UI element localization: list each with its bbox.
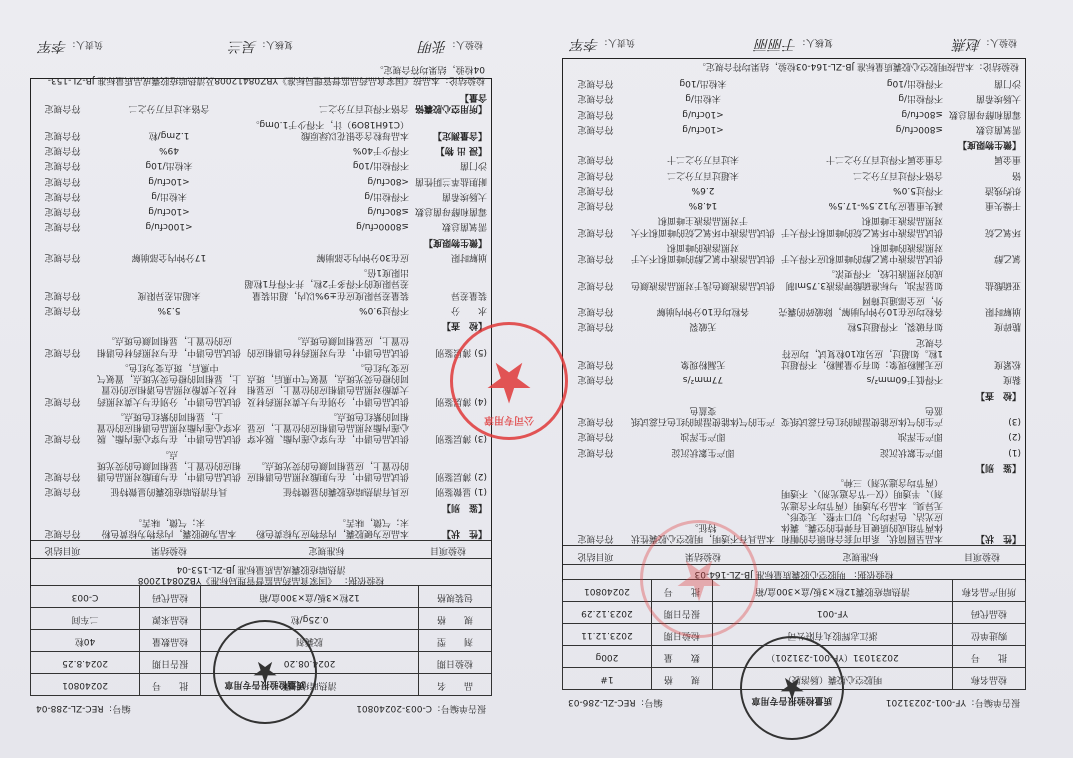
item-conclusion: 符合规定 — [563, 320, 628, 331]
signatures: 检验人：赵燕 复核人：于丽丽 负责人：李军 — [563, 26, 1025, 56]
test-item: 【鉴 别】 — [943, 461, 1025, 472]
info-value: 二车间 — [31, 608, 140, 630]
table-row: 【含量测定】本品每粒含金银花以绿原酸（C16H18O9）计，不得少于1.0mg。… — [31, 116, 491, 143]
test-item: 重金属 — [943, 153, 1025, 164]
column-header: 检验项目 — [943, 550, 1025, 561]
info-value: 2024.8.25 — [31, 652, 140, 674]
info-label: 数 量 — [651, 646, 712, 668]
test-item: 亚硫酸盐 — [943, 279, 1025, 290]
table-row: 松紧度应无漏粉现象；如有少量漏粉，不得超过1粒。如超过，应另取10粒复试，均应符… — [563, 334, 1025, 372]
standard: 供试品色谱中，在与对照药材色谱相应的位置上，应显相同颜色斑点。 — [244, 334, 409, 357]
standard: 应无漏粉现象；如有少量漏粉，不得超过1粒。如超过，应另取10粒复试，均应符合规定 — [778, 336, 943, 370]
result: 供试品色谱中，在与对照药材色谱相应的位置上，显相同颜色斑点。 — [94, 334, 244, 357]
qc-seal-left: 质量检验报告专用章 ★ — [213, 620, 317, 724]
scanned-page: 报告单编号：C-003-20240801 编号：REC-ZL-288-04 品 … — [0, 0, 1073, 758]
result: 1.2mg/粒 — [94, 129, 244, 140]
info-value: C-003 — [31, 586, 140, 608]
item-conclusion: 符合规定 — [563, 358, 628, 369]
item-conclusion: 符合规定 — [31, 190, 94, 201]
test-item: 【性 状】 — [943, 532, 1025, 543]
item-conclusion: 符合规定 — [31, 144, 94, 155]
table-row: 炽灼残渣不得过5.0%2.6%符合规定 — [563, 182, 1025, 197]
item-conclusion: 符合规定 — [31, 470, 94, 481]
column-header: 检验项目 — [409, 544, 491, 555]
item-conclusion: 符合规定 — [563, 92, 628, 103]
table-row: 铬含铬不得过百万分之二未超过百万分之二符合规定 — [563, 167, 1025, 182]
result: 未检出/10g — [94, 159, 244, 170]
result: 无漏粉现象 — [628, 358, 778, 369]
item-conclusion: 符合规定 — [563, 108, 628, 119]
table-row: 【鉴 别】 — [563, 459, 1025, 474]
table-row: 【性 状】本品呈圆筒状，系由可套合和锁合的帽和体两节组成的质硬且有弹性的空囊。囊… — [563, 474, 1025, 546]
result: 未超出差异限度 — [94, 289, 244, 300]
star-icon: ★ — [484, 353, 534, 409]
info-value: 20240801 — [563, 580, 652, 602]
standard: 即产生浑浊 — [778, 430, 943, 441]
signer-inspector: 检验人：张明 — [419, 37, 483, 55]
table-row: 亚硫酸盐如显浑浊，与标准硫酸钾溶液3.75ml制成的对照液比较，不得更浓。供试品… — [563, 265, 1025, 292]
standard: 供试品溶液中氯乙醇的峰面积应不得大于对照溶液的峰面积 — [778, 241, 943, 264]
standard: ≤80cfu/g — [244, 205, 409, 216]
item-conclusion: 符合规定 — [563, 153, 628, 164]
info-value: 2023.12.29 — [563, 602, 652, 624]
info-label: 规 格 — [419, 608, 492, 630]
standard: 含重金属不得过百万分之二十 — [778, 153, 943, 164]
test-item: 崩解时限 — [409, 251, 491, 262]
test-item: 【含量测定】 — [409, 129, 491, 140]
table-row: 耐胆盐革兰阴性菌<80cfu/g<10cfu/g符合规定 — [31, 173, 491, 188]
test-item: 【检 查】 — [409, 319, 491, 330]
test-item: 大肠埃希菌 — [943, 92, 1025, 103]
qc-seal-right: 质量检验报告专用章 ★ — [740, 636, 844, 740]
info-label: 检品名称 — [953, 668, 1026, 690]
info-label: 检品代码 — [140, 586, 201, 608]
standard: 不得检出/10g — [244, 159, 409, 170]
result: 5.3% — [94, 304, 244, 315]
table-row: 环氧乙烷供试品溶液中环氧乙烷的峰面积不得大于对照品溶液主峰面积供试品溶液中环氧乙… — [563, 212, 1025, 239]
company-seal-faint: ★ — [640, 520, 758, 638]
item-conclusion: 符合规定 — [31, 205, 94, 216]
column-header: 项目结论 — [563, 550, 628, 561]
table-row: 【检 查】 — [31, 317, 491, 332]
item-conclusion: 符合规定 — [563, 305, 628, 316]
item-conclusion: 符合规定 — [563, 446, 628, 457]
standard: 本品呈圆筒状，系由可套合和锁合的帽和体两节组成的质硬且有弹性的空囊。囊体应光洁、… — [778, 476, 943, 544]
table-row: 脆碎度如有破裂，不得超过5粒无破裂符合规定 — [563, 318, 1025, 333]
table-row: 【性 状】本品应为硬胶囊，内容物应为棕黄色粉末；气微，味苦。本品为硬胶囊，内容物… — [31, 514, 491, 541]
standard: 供试品色谱中，在与胆酸对照品色谱相应的位置上，应显相同颜色的荧光斑点。 — [244, 459, 409, 482]
test-item: 【检 查】 — [943, 389, 1025, 400]
column-header: 检验结果 — [94, 544, 244, 555]
result: 77mm²/s — [628, 373, 778, 384]
info-value: 40粒 — [31, 630, 140, 652]
test-item: 霉菌和酵母菌总数 — [409, 205, 491, 216]
table-row: 水 分不得过9.0%5.3%符合规定 — [31, 302, 491, 317]
inspection-basis: 检验依据： 《国家食品药品监督管理局标准》YBZ08412008 清热暗疮胶囊成… — [31, 559, 491, 589]
table-row: (2)即产生浑浊即产生浑浊符合规定 — [563, 428, 1025, 443]
standard: 不得低于60mm²/s — [778, 373, 943, 384]
info-label: 包装规格 — [419, 586, 492, 608]
info-value: 20240801 — [31, 674, 140, 696]
table-row: 【浸 出 物】不得少于40%49%符合规定 — [31, 142, 491, 157]
standard: 应具有清热暗疮胶囊的显微特征 — [244, 485, 409, 496]
info-value: 1# — [563, 668, 652, 690]
company-seal-red: 公司专用章 ★ — [450, 322, 568, 440]
test-item: 氯乙醇 — [943, 252, 1025, 263]
standard: 不得检出/g — [244, 190, 409, 201]
standard: 不得过9.0% — [244, 304, 409, 315]
result: 即产生絮状沉淀 — [628, 446, 778, 457]
result: <10cfu/g — [628, 123, 778, 134]
standard: ≤800cfu/g — [778, 123, 943, 134]
item-conclusion: 符合规定 — [31, 129, 94, 140]
table-row: (3)产生的气体应能使湿润的红色石蕊试纸变蓝色产生的气体能使湿润的红色石蕊试纸变… — [563, 402, 1025, 429]
standard: 不得过5.0% — [778, 184, 943, 195]
item-conclusion: 符合规定 — [563, 199, 628, 210]
item-conclusion: 符合规定 — [31, 220, 94, 231]
test-item: 【微生物限度】 — [409, 236, 491, 247]
standard: ≤80cfu/g — [778, 108, 943, 119]
item-conclusion: 符合规定 — [31, 159, 94, 170]
test-item: 【微生物限度】 — [943, 138, 1025, 149]
result: 供试品溶液中环氧乙烷的峰面积不大于对照品溶液主峰面积 — [628, 214, 778, 237]
standard: 供试品色谱中，分别在与大黄对照药材及大黄酚对照品色谱相应的位置上，应显相同的橙色… — [244, 361, 409, 406]
table-row: 沙门菌不得检出/10g未检出/10g符合规定 — [31, 157, 491, 172]
info-label: 批 号 — [953, 646, 1026, 668]
item-conclusion: 符合规定 — [31, 289, 94, 300]
test-item: 【浸 出 物】 — [409, 144, 491, 155]
result: <10cfu/g — [94, 205, 244, 216]
standard: 应在30分钟内全部崩解 — [244, 251, 409, 262]
table-row: 霉菌和酵母菌总数≤80cfu/g<10cfu/g符合规定 — [563, 106, 1025, 121]
info-label: 检品代码 — [953, 602, 1026, 624]
info-label: 检品数量 — [140, 630, 201, 652]
test-item: 需氧菌总数 — [409, 220, 491, 231]
test-item: (1) 显微鉴别 — [409, 485, 491, 496]
info-label: 所用产品名称 — [953, 580, 1026, 602]
standard: 不得检出/g — [778, 92, 943, 103]
table-row: 崩解时限应在30分钟内全部崩解17分钟内全部崩解符合规定 — [31, 249, 491, 264]
standard: 如有破裂，不得超过5粒 — [778, 320, 943, 331]
report-number: 报告单编号：C-003-20240801 — [356, 701, 486, 712]
report-number: 报告单编号：YF-001-20231201 — [886, 695, 1020, 706]
item-conclusion: 符合规定 — [31, 432, 94, 443]
result: 未检出/10g — [628, 77, 778, 88]
info-value: 2023.12.11 — [563, 624, 652, 646]
results-table-header: 检验项目 标准规定 检验结果 项目结论 — [31, 540, 491, 558]
table-row: (2) 薄层鉴别供试品色谱中，在与胆酸对照品色谱相应的位置上，应显相同颜色的荧光… — [31, 446, 491, 484]
info-value: 200g — [563, 646, 652, 668]
standard: 供试品溶液中环氧乙烷的峰面积不得大于对照品溶液主峰面积 — [778, 214, 943, 237]
table-row: 需氧菌总数≤800cfu/g<10cfu/g符合规定 — [563, 121, 1025, 136]
column-header: 标准规定 — [244, 544, 409, 555]
standard: 本品应为硬胶囊，内容物应为棕黄色粉末；气微，味苦。 — [244, 516, 409, 539]
standard: 本品每粒含金银花以绿原酸（C16H18O9）计，不得少于1.0mg。 — [244, 118, 409, 141]
info-label: 品 名 — [419, 674, 492, 696]
item-conclusion: 符合规定 — [31, 395, 94, 406]
result: 各粒均在10分钟内崩解 — [628, 305, 778, 316]
table-row: 崩解时限各粒均应在10分钟内崩解，除破碎的囊壳外，应全部通过筛网各粒均在10分钟… — [563, 292, 1025, 319]
test-item: 【性 状】 — [409, 527, 491, 538]
test-item: 炽灼残渣 — [943, 184, 1025, 195]
table-row: 霉菌和酵母菌总数≤80cfu/g<10cfu/g符合规定 — [31, 203, 491, 218]
info-value: 12粒×3板/盒×300盒/箱 — [201, 586, 419, 608]
standard: 含铬不得过百万分之二 — [778, 169, 943, 180]
table-row: 装量差异装量差异限度应在±9%以内，超出装量差异限度的不得多于2粒，并不得有1粒… — [31, 264, 491, 302]
item-conclusion: 符合规定 — [563, 184, 628, 195]
column-header: 项目结论 — [31, 544, 94, 555]
item-conclusion: 符合规定 — [563, 123, 628, 134]
item-conclusion: 符合规定 — [31, 346, 94, 357]
item-conclusion: 符合规定 — [31, 102, 94, 113]
info-value: 0.25g/粒 — [201, 608, 419, 630]
test-conclusion: 检验结论：本品按《国家食品药品监督管理局标准》YBZ08412008及清热暗疮胶… — [31, 59, 491, 90]
item-conclusion: 符合规定 — [563, 226, 628, 237]
column-header: 标准规定 — [778, 550, 943, 561]
standard: <80cfu/g — [244, 175, 409, 186]
result: 17分钟内全部崩解 — [94, 251, 244, 262]
test-item: 铬 — [943, 169, 1025, 180]
test-item: 大肠埃希菌 — [409, 190, 491, 201]
item-conclusion: 符合规定 — [31, 251, 94, 262]
results-rows: 【性 状】本品应为硬胶囊，内容物应为棕黄色粉末；气微，味苦。本品为硬胶囊，内容物… — [31, 89, 491, 540]
test-conclusion: 检验结论：本品按明胶空心胶囊质量标准 JB-ZL-164-03检验，结果均符合规… — [563, 56, 1025, 75]
table-row: 【所用空心胶囊铬含量】含铬不得过百万分之二含铬未过百万分之二符合规定 — [31, 89, 491, 116]
info-label: 剂 型 — [419, 630, 492, 652]
test-item: 干燥失重 — [943, 199, 1025, 210]
standard: 如显浑浊，与标准硫酸钾溶液3.75ml制成的对照液比较，不得更浓。 — [778, 267, 943, 290]
info-label: 规 格 — [651, 668, 712, 690]
signer-reviewer: 复核人：于丽丽 — [755, 34, 833, 52]
info-row: 检品代码YF-001报告日期2023.12.29 — [563, 602, 1026, 624]
test-item: 脆碎度 — [943, 320, 1025, 331]
table-row: (3) 薄层鉴别供试品色谱中，在与穿心莲内酯、脱水穿心莲内酯对照品色谱相应的位置… — [31, 408, 491, 446]
result: 即产生浑浊 — [628, 430, 778, 441]
item-conclusion: 符合规定 — [563, 373, 628, 384]
info-label: 购进单位 — [953, 624, 1026, 646]
result: 供试品色谱中，在与胆酸对照品色谱相应的位置上，显相同颜色的荧光斑点。 — [94, 448, 244, 482]
item-conclusion: 符合规定 — [563, 252, 628, 263]
item-conclusion: 符合规定 — [31, 304, 94, 315]
test-item: 装量差异 — [409, 289, 491, 300]
table-row: 氯乙醇供试品溶液中氯乙醇的峰面积应不得大于对照溶液的峰面积供试品溶液中氯乙醇的峰… — [563, 239, 1025, 266]
table-row: (1)即产生絮状沉淀即产生絮状沉淀符合规定 — [563, 444, 1025, 459]
table-row: 【微生物限度】 — [563, 136, 1025, 151]
table-row: 【微生物限度】 — [31, 234, 491, 249]
standard: 装量差异限度应在±9%以内，超出装量差异限度的不得多于2粒，并不得有1粒超出限度… — [244, 266, 409, 300]
result: 无破裂 — [628, 320, 778, 331]
results-rows: 【性 状】本品呈圆筒状，系由可套合和锁合的帽和体两节组成的质硬且有弹性的空囊。囊… — [563, 75, 1025, 546]
info-row: 所用产品名称清热暗疮胶囊12粒×3板/盒×300盒/箱批 号20240801 — [563, 580, 1026, 602]
test-item: 沙门菌 — [943, 77, 1025, 88]
right-test-report: 报告单编号：YF-001-20231201 编号：REC-ZL-286-03 检… — [562, 58, 1026, 712]
signer-manager: 负责人：李军 — [571, 34, 635, 52]
test-item: 耐胆盐革兰阴性菌 — [409, 175, 491, 186]
result: <10cfu/g — [94, 175, 244, 186]
test-item: 【鉴 别】 — [409, 501, 491, 512]
standard: 即产生絮状沉淀 — [778, 446, 943, 457]
result: <10cfu/g — [628, 108, 778, 119]
item-conclusion: 符合规定 — [563, 279, 628, 290]
item-conclusion: 符合规定 — [31, 527, 94, 538]
form-number: 编号：REC-ZL-288-04 — [36, 701, 131, 712]
table-row: 【检 查】 — [563, 387, 1025, 402]
info-label: 报告日期 — [140, 652, 201, 674]
table-row: 沙门菌不得检出/10g未检出/10g符合规定 — [563, 75, 1025, 90]
standard: 含铬不得过百万分之二 — [244, 102, 409, 113]
table-row: (4) 薄层鉴别供试品色谱中，分别在与大黄对照药材及大黄酚对照品色谱相应的位置上… — [31, 359, 491, 408]
standard: 减失重量应为12.5%-17.5% — [778, 199, 943, 210]
result: 本品为硬胶囊，内容物为棕黄色粉末；气微，味苦。 — [94, 516, 244, 539]
result: 产生的气体能使湿润的红色石蕊试纸变蓝色 — [628, 404, 778, 427]
result: 未检出/g — [628, 92, 778, 103]
result: 未检出/g — [94, 190, 244, 201]
result: 供试品溶液颜色浅于对照品溶液颜色 — [628, 279, 778, 290]
table-row: 干燥失重减失重量应为12.5%-17.5%14.8%符合规定 — [563, 197, 1025, 212]
result: 未过百万分之二十 — [628, 153, 778, 164]
form-number: 编号：REC-ZL-286-03 — [568, 695, 663, 706]
test-item: 崩解时限 — [943, 305, 1025, 316]
standard: 各粒均应在10分钟内崩解，除破碎的囊壳外，应全部通过筛网 — [778, 294, 943, 317]
result: 具有清热暗疮胶囊的显微特征 — [94, 485, 244, 496]
result: 未超过百万分之二 — [628, 169, 778, 180]
table-row: (5) 薄层鉴别供试品色谱中，在与对照药材色谱相应的位置上，应显相同颜色斑点。供… — [31, 332, 491, 359]
info-value: 浙江志辉胶丸有限公司 — [712, 624, 952, 646]
left-results-section: 检验依据： 《国家食品药品监督管理局标准》YBZ08412008 清热暗疮胶囊成… — [30, 78, 492, 588]
test-item: 【所用空心胶囊铬含量】 — [409, 91, 491, 114]
info-label: 检验日期 — [419, 652, 492, 674]
signer-inspector: 检验人：赵燕 — [953, 34, 1017, 52]
standard: 不得少于40% — [244, 144, 409, 155]
test-item: 环氧乙烷 — [943, 226, 1025, 237]
result: 供试品色谱中，分别在与大黄对照药材及大黄酚对照品色谱相应的位置上，显相同的橙色荧… — [94, 361, 244, 406]
test-item: (2) 薄层鉴别 — [409, 470, 491, 481]
result: 14.8% — [628, 199, 778, 210]
item-conclusion: 符合规定 — [563, 77, 628, 88]
item-conclusion: 符合规定 — [563, 532, 628, 543]
test-item: (2) — [943, 430, 1025, 441]
info-label: 批 号 — [140, 674, 201, 696]
inspection-basis: 检验依据： 明胶空心胶囊质量标准 JB-ZL-164-03 — [563, 564, 1025, 582]
standard: 不得检出/10g — [778, 77, 943, 88]
right-results-section: 检验依据： 明胶空心胶囊质量标准 JB-ZL-164-03 检验项目 标准规定 … — [562, 58, 1026, 582]
results-table-header: 检验项目 标准规定 检验结果 项目结论 — [563, 546, 1025, 564]
item-conclusion: 符合规定 — [563, 430, 628, 441]
test-item: 沙门菌 — [409, 159, 491, 170]
table-row: 大肠埃希菌不得检出/g未检出/g符合规定 — [563, 90, 1025, 105]
standard: 供试品色谱中，在与穿心莲内酯、脱水穿心莲内酯对照品色谱相应的位置上，应显相同的紫… — [244, 410, 409, 444]
test-item: (3) — [943, 415, 1025, 426]
table-row: 【鉴 别】 — [31, 499, 491, 514]
table-row: 黏度不得低于60mm²/s77mm²/s符合规定 — [563, 371, 1025, 386]
test-item: 黏度 — [943, 373, 1025, 384]
table-row: 重金属含重金属不得过百万分之二十未过百万分之二十符合规定 — [563, 151, 1025, 166]
test-item: 水 分 — [409, 304, 491, 315]
result: 供试品溶液中氯乙醇的峰面积不大于对照溶液的峰面积 — [628, 241, 778, 264]
test-item: (3) 薄层鉴别 — [409, 432, 491, 443]
test-item: (1) — [943, 446, 1025, 457]
item-conclusion: 符合规定 — [31, 175, 94, 186]
test-item: 需氧菌总数 — [943, 123, 1025, 134]
item-conclusion: 符合规定 — [563, 169, 628, 180]
info-row: 包装规格12粒×3板/盒×300盒/箱检品代码C-003 — [31, 586, 492, 608]
standard: ≤8000cfu/g — [244, 220, 409, 231]
table-row: 大肠埃希菌不得检出/g未检出/g符合规定 — [31, 188, 491, 203]
signer-reviewer: 复核人：吴兰 — [229, 37, 293, 55]
signer-manager: 负责人：李军 — [39, 37, 103, 55]
item-conclusion: 符合规定 — [31, 485, 94, 496]
result: 供试品色谱中，在与穿心莲内酯、脱水穿心莲内酯对照品色谱相应的位置上，显相同的紫红… — [94, 410, 244, 444]
signatures: 检验人：张明 复核人：吴兰 负责人：李军 — [31, 29, 491, 59]
result: 含铬未过百万分之二 — [94, 102, 244, 113]
result: 49% — [94, 144, 244, 155]
result: 2.6% — [628, 184, 778, 195]
table-row: (1) 显微鉴别应具有清热暗疮胶囊的显微特征具有清热暗疮胶囊的显微特征符合规定 — [31, 483, 491, 498]
standard: 产生的气体应能使湿润的红色石蕊试纸变蓝色 — [778, 404, 943, 427]
test-item: 松紧度 — [943, 358, 1025, 369]
result: <100cfu/g — [94, 220, 244, 231]
table-row: 需氧菌总数≤8000cfu/g<100cfu/g符合规定 — [31, 218, 491, 233]
star-icon: ★ — [674, 551, 724, 607]
item-conclusion: 符合规定 — [563, 415, 628, 426]
info-label: 检品来源 — [140, 608, 201, 630]
test-item: 霉菌和酵母菌总数 — [943, 108, 1025, 119]
